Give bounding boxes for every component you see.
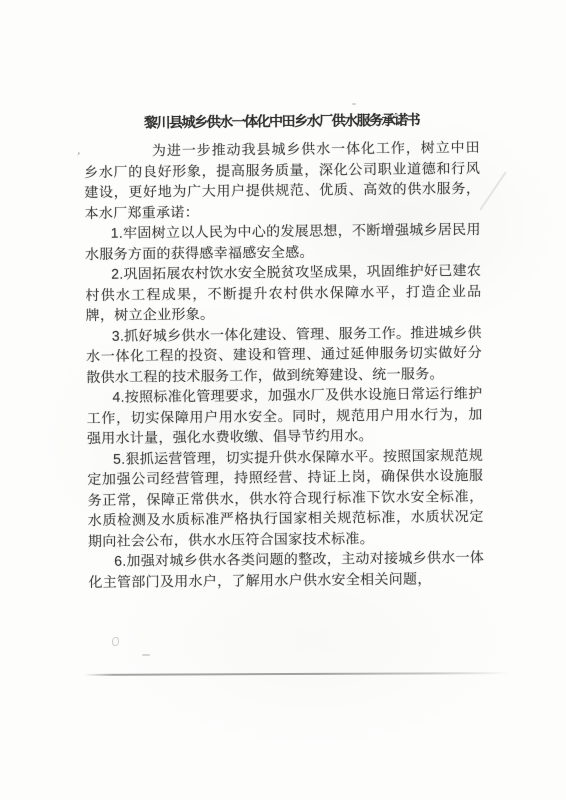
scanned-page: 黎川县城乡供水一体化中田乡水厂供水服务承诺书 为进一步推动我县城乡供水一体化工作… xyxy=(0,0,566,800)
clause-5: 5.狠抓运营管理，切实提升供水保障水平。按照国家规范规定加强公司经营管理，持照经… xyxy=(87,444,484,551)
clause-1: 1.牢固树立以人民为中心的发展思想，不断增强城乡居民用水服务方面的获得感幸福感安… xyxy=(85,219,481,264)
scan-dot xyxy=(352,103,356,105)
document-title: 黎川县城乡供水一体化中田乡水厂供水服务承诺书 xyxy=(84,110,480,132)
scan-speck xyxy=(112,637,119,646)
document-body: 黎川县城乡供水一体化中田乡水厂供水服务承诺书 为进一步推动我县城乡供水一体化工作… xyxy=(84,110,485,592)
clause-4: 4.按照标准化管理要求，加强水厂及供水设施日常运行维护工作，切实保障用户用水安全… xyxy=(86,383,483,449)
clause-3: 3.抓好城乡供水一体化建设、管理、服务工作。推进城乡供水一体化工程的投资、建设和… xyxy=(86,321,483,387)
intro-paragraph: 为进一步推动我县城乡供水一体化工作，树立中田乡水厂的良好形象，提高服务质量，深化… xyxy=(84,137,481,223)
clause-6: 6.加强对城乡供水各类问题的整改，主动对接城乡供水一体化主管部门及用水户，了解用… xyxy=(88,547,484,592)
clause-2: 2.巩固拓展农村饮水安全脱贫攻坚成果，巩固维护好已建农村供水工程成果，不断提升农… xyxy=(85,260,482,326)
scan-streak xyxy=(479,171,506,210)
paper-bottom-edge-shadow xyxy=(84,672,508,676)
scan-speck xyxy=(142,654,150,656)
